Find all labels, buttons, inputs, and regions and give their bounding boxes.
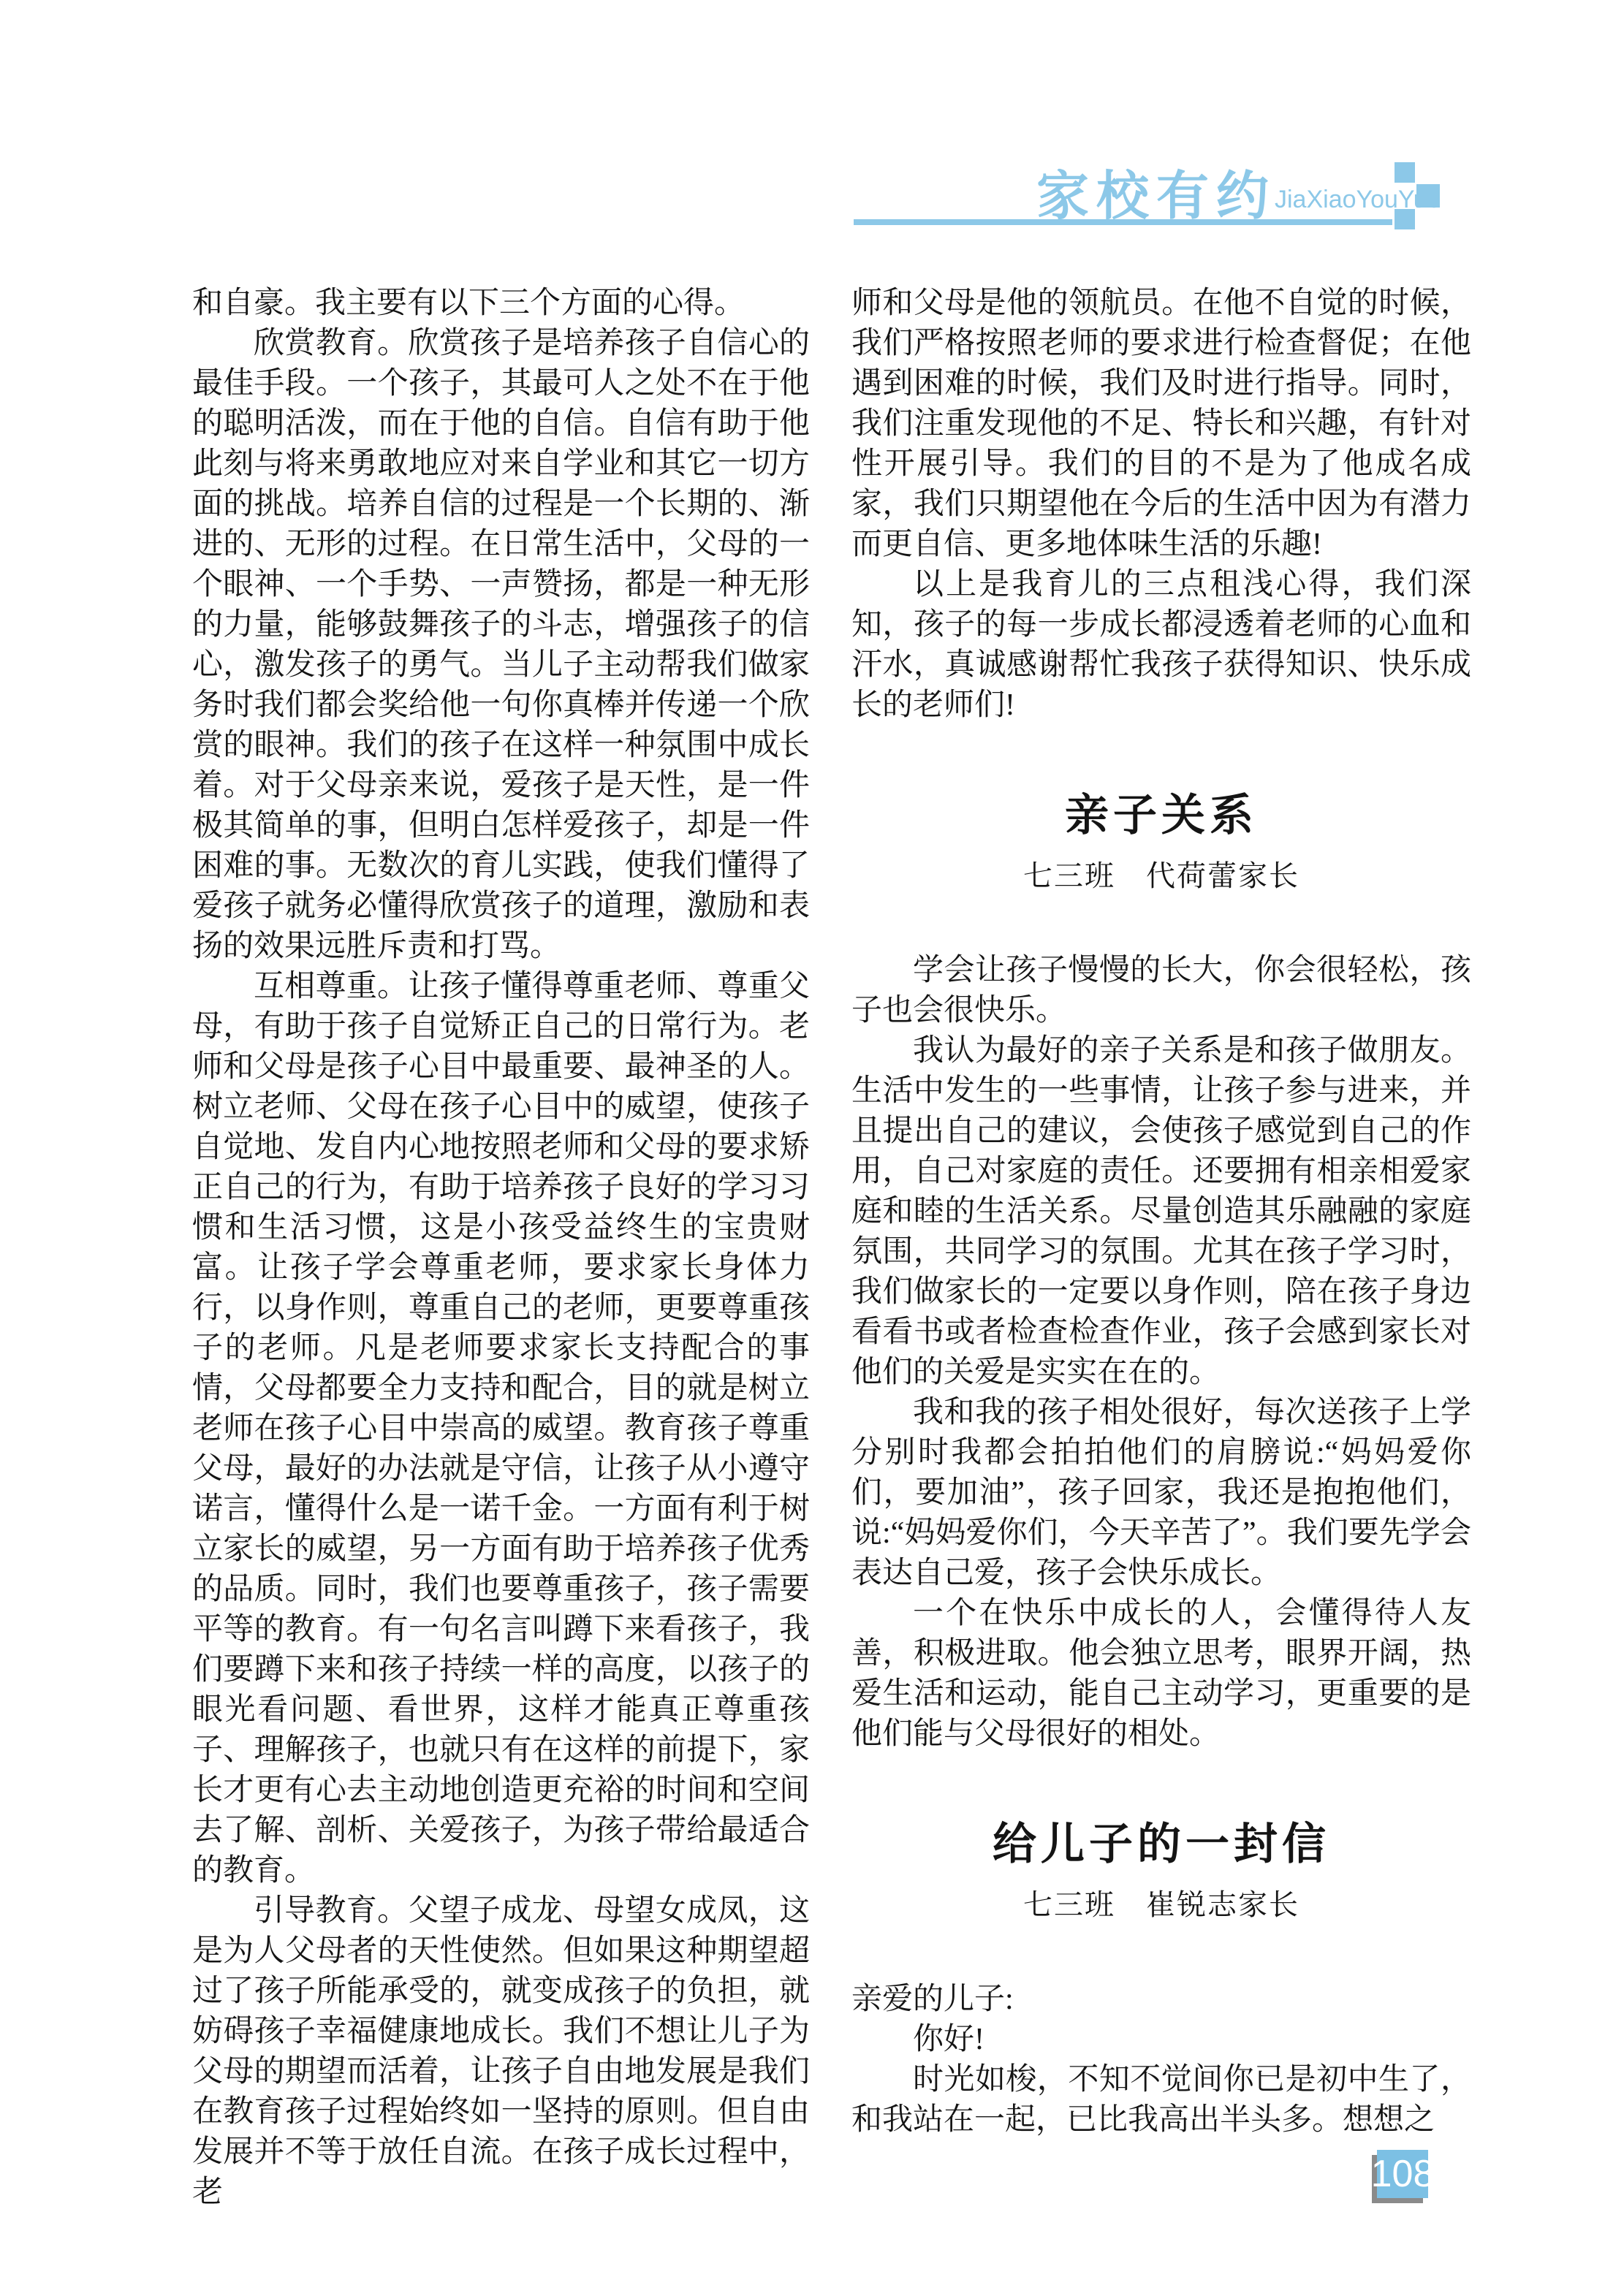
page-number-badge: 108 bbox=[1377, 2150, 1428, 2198]
paragraph: 亲爱的儿子: bbox=[851, 1980, 1471, 2020]
right-column: 师和父母是他的领航员。在他不自觉的时候，我们严格按照老师的要求进行检查督促；在他… bbox=[851, 284, 1471, 2140]
article-byline: 七三班 崔锐志家长 bbox=[851, 1889, 1471, 1921]
paragraph: 一个在快乐中成长的人，会懂得待人友善，积极进取。他会独立思考，眼界开阔，热爱生活… bbox=[851, 1594, 1471, 1755]
paragraph: 和自豪。我主要有以下三个方面的心得。 bbox=[192, 284, 810, 324]
paragraph: 以上是我育儿的三点租浅心得，我们深知，孩子的每一步成长都浸透着老师的心血和汗水，… bbox=[851, 565, 1471, 726]
paragraph: 我和我的孩子相处很好，每次送孩子上学分别时我都会拍拍他们的肩膀说:“妈妈爱你们，… bbox=[851, 1393, 1471, 1594]
section-title: 家校有约 bbox=[1036, 153, 1276, 229]
paragraph: 引导教育。父望子成龙、母望女成凤，这是为人父母者的天性使然。但如果这种期望超过了… bbox=[192, 1891, 810, 2213]
article-byline: 七三班 代荷蕾家长 bbox=[851, 860, 1471, 892]
paragraph: 学会让孩子慢慢的长大，你会很轻松，孩子也会很快乐。 bbox=[851, 951, 1471, 1031]
article-title: 给儿子的一封信 bbox=[851, 1820, 1471, 1869]
decor-square-icon bbox=[1395, 162, 1415, 183]
article-title: 亲子关系 bbox=[851, 791, 1471, 840]
paragraph: 欣赏教育。欣赏孩子是培养孩子自信心的最佳手段。一个孩子，其最可人之处不在于他的聪… bbox=[192, 324, 810, 967]
page-number: 108 bbox=[1371, 2155, 1435, 2193]
decor-square-icon bbox=[1416, 184, 1440, 208]
paragraph: 我认为最好的亲子关系是和孩子做朋友。生活中发生的一些事情，让孩子参与进来，并且提… bbox=[851, 1031, 1471, 1393]
paragraph: 师和父母是他的领航员。在他不自觉的时候，我们严格按照老师的要求进行检查督促；在他… bbox=[851, 284, 1471, 565]
paragraph: 你好! bbox=[851, 2020, 1471, 2060]
paragraph: 时光如梭，不知不觉间你已是初中生了，和我站在一起，已比我高出半头多。想想之 bbox=[851, 2060, 1471, 2140]
magazine-page: 家校有约 JiaXiaoYouYue 和自豪。我主要有以下三个方面的心得。欣赏教… bbox=[0, 0, 1624, 2296]
paragraph: 互相尊重。让孩子懂得尊重老师、尊重父母，有助于孩子自觉矫正自己的日常行为。老师和… bbox=[192, 967, 810, 1891]
decor-square-icon bbox=[1395, 209, 1415, 229]
left-column: 和自豪。我主要有以下三个方面的心得。欣赏教育。欣赏孩子是培养孩子自信心的最佳手段… bbox=[192, 284, 810, 2213]
